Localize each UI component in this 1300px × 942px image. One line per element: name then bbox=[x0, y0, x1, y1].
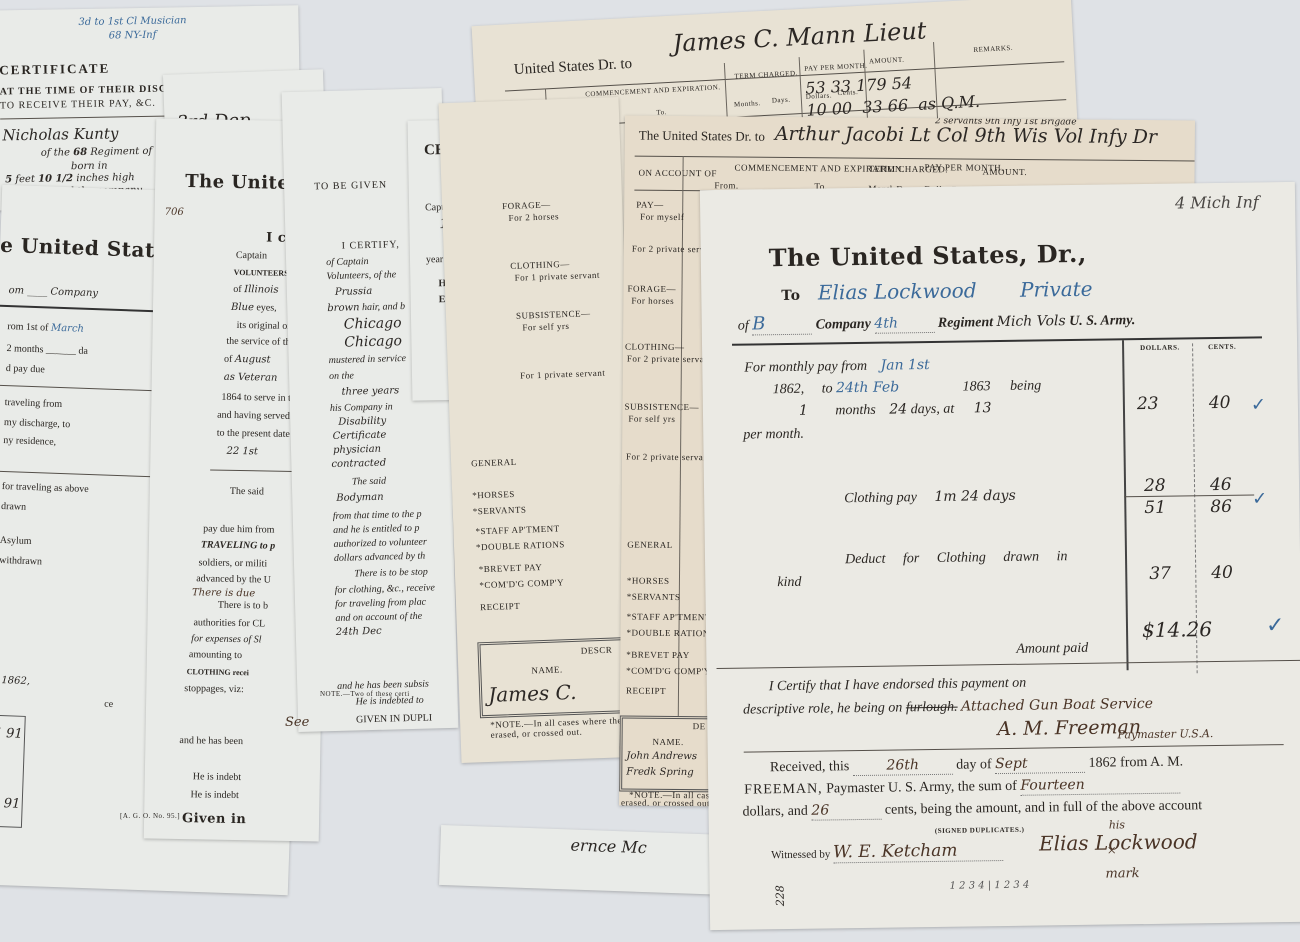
from-am-label: from A. M. bbox=[1120, 754, 1183, 770]
entitled-text: and he is entitled to p bbox=[333, 523, 420, 536]
furlough-struck-text: furlough. bbox=[906, 700, 958, 716]
to-label: To bbox=[781, 288, 800, 304]
traveling-text: TRAVELING to p bbox=[201, 539, 275, 551]
name-handwritten-2: Fredk Spring bbox=[626, 767, 693, 779]
clothing-dollars: 28 bbox=[1144, 476, 1166, 496]
for-myself-label: For myself bbox=[640, 212, 684, 222]
col-dollars: DOLLARS. bbox=[1140, 344, 1180, 353]
subtotal-dollars: 51 bbox=[1144, 498, 1166, 518]
col-remarks: REMARKS. bbox=[973, 44, 1013, 54]
bottom-scrap-sheet: ernce Mc bbox=[439, 825, 731, 895]
amount-paid-value: $14.26 bbox=[1142, 617, 1212, 642]
voucher-header-printed: United States Dr. to bbox=[514, 56, 633, 79]
state-handwritten: Illinois bbox=[244, 284, 279, 296]
date-handwritten: , 1862, bbox=[0, 675, 30, 687]
check-mark-icon: ✓ bbox=[1252, 488, 1267, 509]
servants-label: *SERVANTS bbox=[473, 505, 527, 517]
months-label: months bbox=[835, 403, 876, 419]
forage-for: For horses bbox=[631, 296, 674, 306]
of-label: of bbox=[233, 284, 242, 295]
discharge-to-label: my discharge, to bbox=[4, 417, 71, 430]
captain-label: of Captain bbox=[326, 256, 369, 268]
subsistence-for: For self yrs bbox=[522, 321, 569, 333]
withdrawn-label: withdrawn bbox=[0, 555, 42, 567]
rate-handwritten: 13 bbox=[974, 400, 992, 416]
of-month-label: of bbox=[224, 354, 233, 365]
to-date-handwritten: 24th Feb bbox=[836, 379, 899, 396]
witness-signature: W. E. Ketcham bbox=[833, 841, 958, 863]
given-in-text: GIVEN in dupli bbox=[356, 712, 432, 725]
day-of-label: day of bbox=[956, 757, 992, 772]
traveling-from-label: traveling from bbox=[5, 397, 63, 410]
servants-for: For 2 private servants bbox=[626, 452, 715, 463]
monthly-cents: 40 bbox=[1209, 393, 1231, 413]
kind-label: kind bbox=[777, 575, 801, 591]
double-rations-label: *DOUBLE RATIONS bbox=[476, 539, 565, 552]
col-on-account: ON ACCOUNT OF bbox=[638, 168, 716, 179]
regiment-extra-handwritten: Mich Vols bbox=[996, 313, 1065, 330]
pay-row-1: 53 33 179 54 bbox=[805, 73, 913, 98]
his-label: his bbox=[1109, 818, 1125, 831]
voucher-header-handwritten: James C. Mann Lieut bbox=[672, 16, 927, 57]
pay-due-text: pay due him from bbox=[203, 523, 275, 535]
amount-paid-label: Amount paid bbox=[1016, 641, 1088, 658]
inches-value: 10 1/2 bbox=[38, 173, 73, 185]
forage-label: FORAGE— bbox=[627, 284, 676, 294]
there-is-text: There is to b bbox=[218, 600, 268, 612]
days-label: days, at bbox=[911, 402, 955, 418]
check-mark-icon: ✓ bbox=[1266, 612, 1285, 638]
indebted-text-2: He is indebt bbox=[190, 789, 239, 801]
clothing-cents: 46 bbox=[1210, 475, 1232, 495]
country-handwritten: Prussia bbox=[335, 286, 373, 298]
sum-handwritten: Fourteen bbox=[1020, 777, 1085, 794]
forage-for: For 2 horses bbox=[508, 211, 559, 223]
to-be-given-heading: TO BE GIVEN bbox=[314, 179, 387, 192]
captain-label: Captain bbox=[236, 250, 267, 262]
subtotal-cents: 86 bbox=[1210, 497, 1232, 517]
years-label: year bbox=[426, 254, 443, 265]
given-in-text: Given in bbox=[182, 811, 246, 827]
certify-line-1: I Certify that I have endorsed this paym… bbox=[769, 676, 1027, 696]
corner-pencil-note: 4 Mich Inf bbox=[1175, 192, 1259, 212]
date-handwritten: 24th Dec bbox=[336, 626, 382, 638]
receipt-label: RECEIPT bbox=[626, 686, 666, 696]
attached-service-handwritten: Attached Gun Boat Service bbox=[961, 696, 1153, 715]
clothing-pay-label: Clothing pay bbox=[844, 490, 917, 506]
regiment-label: Regiment of bbox=[90, 146, 152, 158]
amount-box: 7 91 91 bbox=[0, 714, 26, 827]
eyes-handwritten: Blue bbox=[231, 302, 254, 313]
descriptive-name-box: DESCR NAME. James C. bbox=[477, 637, 641, 719]
regiment-handwritten: 4th bbox=[874, 315, 898, 331]
term-handwritten: three years bbox=[341, 385, 399, 398]
received-month-handwritten: Sept bbox=[995, 756, 1028, 772]
clothing-for: For 1 private servant bbox=[514, 270, 600, 283]
servants-label: *SERVANTS bbox=[627, 592, 681, 602]
the-said-label: The said bbox=[352, 476, 386, 488]
dollars-and-label: dollars, and bbox=[742, 804, 808, 820]
col-months: Months. bbox=[734, 99, 761, 108]
pencil-note-regiment: 68 NY-Inf bbox=[109, 30, 157, 42]
certify-line-2: descriptive role, he being on bbox=[743, 700, 902, 717]
feet-label: feet bbox=[15, 174, 35, 185]
name-handwritten: Bodyman bbox=[336, 492, 384, 504]
received-day-handwritten: 26th bbox=[886, 757, 919, 773]
days-handwritten: 24 bbox=[889, 401, 907, 417]
mark-label: mark bbox=[1105, 866, 1139, 881]
forage-label: FORAGE— bbox=[502, 199, 551, 211]
city-handwritten-1: Chicago bbox=[344, 315, 402, 333]
his-mark-x-icon: × bbox=[1107, 842, 1116, 860]
company-regiment-line: of B Company 4th Regiment Mich Vols U. S… bbox=[738, 308, 1136, 336]
deduct-dollars: 37 bbox=[1149, 564, 1171, 584]
form-number: [A. G. O. No. 95.] bbox=[120, 812, 180, 820]
certificate-subtitle-1: AT THE TIME OF THEIR DISCHA bbox=[0, 83, 184, 97]
voucher-header-printed: The United States Dr. to bbox=[639, 128, 765, 145]
clothing-text: CLOTHING recei bbox=[187, 667, 249, 677]
soldier-signature: Elias Lockwood bbox=[1039, 829, 1198, 855]
year-text: 1864 to serve in t bbox=[221, 392, 291, 404]
expenses-text: for expenses of Sl bbox=[191, 633, 261, 645]
receipt-label: RECEIPT bbox=[480, 601, 520, 612]
company-line: om ____ Company bbox=[8, 285, 98, 299]
authorized-text: authorized to volunteer bbox=[333, 537, 427, 550]
months-handwritten: 1 bbox=[799, 403, 808, 419]
residence-label: ny residence, bbox=[3, 435, 56, 448]
physician-handwritten: physician bbox=[333, 444, 381, 456]
freeman-label: FREEMAN, bbox=[744, 782, 823, 798]
pencil-note: 3d to 1st Cl Musician bbox=[78, 15, 186, 28]
signed-duplicates-label: (SIGNED DUPLICATES.) bbox=[935, 826, 1025, 835]
of-the-label: of the bbox=[41, 147, 70, 159]
city-handwritten-2: Chicago bbox=[344, 333, 402, 351]
certificate-subtitle-2: TO RECEIVE THEIR PAY, &c. bbox=[0, 98, 156, 112]
company-handwritten: B bbox=[752, 313, 766, 334]
col-days: Days. bbox=[772, 96, 791, 105]
veteran-handwritten: as Veteran bbox=[224, 372, 278, 384]
united-states-heading: e United State bbox=[0, 233, 168, 263]
received-label: Received, this bbox=[770, 759, 850, 775]
staff-label: *STAFF AP'TMENT bbox=[475, 523, 559, 536]
col-amount: AMOUNT. bbox=[869, 56, 905, 66]
brevet-label: *BREVET PAY bbox=[626, 650, 690, 661]
months-line: 2 months ______ da bbox=[6, 343, 88, 357]
from-label: rom 1st of bbox=[7, 321, 48, 333]
regiment-number: 68 bbox=[73, 147, 87, 158]
cents-handwritten: 26 bbox=[811, 802, 829, 818]
monthly-dollars: 23 bbox=[1137, 394, 1159, 414]
feet-value: 5 bbox=[5, 174, 12, 185]
check-mark-icon: ✓ bbox=[1251, 394, 1266, 415]
hair-label: hair, and b bbox=[362, 301, 405, 313]
subsisted-text: and he has been bbox=[179, 735, 243, 747]
stoppages-text: There is to be stop bbox=[354, 567, 428, 580]
contracted-handwritten: contracted bbox=[331, 458, 386, 470]
james-mann-form-strip: FORAGE— For 2 horses CLOTHING— For 1 pri… bbox=[439, 97, 642, 763]
clothing-label: CLOTHING— bbox=[625, 342, 685, 353]
certificate-title: CERTIFICATE bbox=[0, 61, 110, 79]
clothing-label: CLOTHING— bbox=[510, 259, 570, 271]
descriptive-label: DESCR bbox=[581, 645, 613, 656]
name-label: NAME. bbox=[531, 664, 563, 675]
the-said-label: The said bbox=[230, 486, 264, 498]
witnessed-by-label: Witnessed by bbox=[771, 848, 830, 861]
soldier-name-handwritten: Nicholas Kunty bbox=[2, 124, 118, 144]
per-month-label: per month. bbox=[743, 427, 804, 444]
advanced-text: advanced by the U bbox=[196, 573, 271, 585]
from-date-handwritten: Jan 1st bbox=[880, 357, 929, 374]
note-text-2: erased, or crossed out. bbox=[621, 798, 713, 809]
comd-label: *COM'D'G COMP'Y bbox=[626, 666, 711, 677]
mustered-text: mustered in service bbox=[329, 353, 407, 366]
name-handwritten: James C. bbox=[488, 680, 577, 707]
margin-number: 228 bbox=[774, 885, 787, 906]
month-handwritten: August bbox=[235, 354, 271, 366]
from-month-handwritten: March bbox=[51, 323, 84, 335]
from-that-time-text: from that time to the p bbox=[333, 509, 422, 522]
deduct-label: Deduct for Clothing drawn in bbox=[845, 549, 1068, 568]
brevet-label: *BREVET PAY bbox=[479, 562, 543, 574]
elias-lockwood-voucher-sheet: 4 Mich Inf The United States, Dr., To El… bbox=[700, 182, 1300, 930]
descriptive-label: DE bbox=[693, 721, 706, 731]
to-label-2: to bbox=[822, 381, 833, 396]
received-year: 1862 bbox=[1089, 755, 1117, 770]
name-label: NAME. bbox=[653, 737, 684, 747]
present-date-text: to the present date bbox=[217, 428, 290, 440]
general-label: GENERAL bbox=[471, 457, 517, 469]
general-label: GENERAL bbox=[627, 540, 673, 550]
clothing-text: for clothing, &c., receive bbox=[335, 582, 435, 596]
descriptive-name-box: DE NAME. John Andrews Fredk Spring bbox=[619, 716, 716, 793]
amounting-text: amounting to bbox=[189, 649, 242, 661]
subsistence-label: SUBSISTENCE— bbox=[516, 308, 591, 321]
asylum-label: Asylum bbox=[0, 535, 32, 547]
year-1: 1862 bbox=[773, 382, 801, 397]
certificate-handwritten: Certificate bbox=[333, 430, 387, 442]
disability-handwritten: Disability bbox=[338, 416, 386, 428]
traveling-as-above-label: for traveling as above bbox=[2, 481, 89, 495]
volunteers-label: Volunteers, of the bbox=[326, 269, 396, 282]
voucher-title: The United States, Dr., bbox=[769, 239, 1087, 272]
scrap-handwritten: ernce Mc bbox=[570, 835, 647, 857]
tally-marks: 1 2 3 4 | 1 2 3 4 bbox=[950, 880, 1030, 892]
horses-label: *HORSES bbox=[472, 489, 515, 500]
indebted-text-1: He is indebt bbox=[193, 771, 242, 783]
eyes-label: eyes, bbox=[256, 302, 276, 313]
deduct-cents: 40 bbox=[1211, 563, 1233, 583]
drawn-label: drawn bbox=[1, 501, 26, 513]
rank-handwritten: Private bbox=[1020, 277, 1093, 302]
servant-for: For 1 private servant bbox=[520, 368, 606, 381]
staff-label: *STAFF AP'TMENT bbox=[627, 612, 711, 623]
note-text: NOTE.—Two of these certi bbox=[320, 690, 410, 698]
inches-label: inches high bbox=[76, 172, 135, 184]
name-handwritten-1: John Andrews bbox=[626, 751, 697, 763]
date-handwritten: 22 1st bbox=[226, 446, 258, 458]
subsistence-for: For self yrs bbox=[628, 414, 675, 424]
authorities-text: authorities for CL bbox=[193, 617, 265, 629]
dollars-advanced-text: dollars advanced by th bbox=[334, 551, 426, 564]
his-company-text: his Company in bbox=[330, 401, 393, 414]
pay-due-label: d pay due bbox=[6, 363, 45, 375]
subsistence-label: SUBSISTENCE— bbox=[624, 402, 699, 413]
comd-label: *COM'D'G COMP'Y bbox=[479, 577, 564, 590]
there-is-due-handwritten: There is due bbox=[192, 587, 255, 599]
soldier-name-handwritten: Elias Lockwood bbox=[818, 278, 977, 304]
being-label: being bbox=[1010, 378, 1041, 393]
voucher-header-handwritten: Arthur Jacobi Lt Col 9th Wis Vol Infy Dr bbox=[775, 123, 1157, 148]
paymaster-title-handwritten: Paymaster U.S.A. bbox=[1117, 727, 1213, 741]
born-in-label: born in bbox=[71, 161, 108, 173]
col-term: TERM CHARGED. bbox=[734, 69, 798, 80]
see-handwritten: See bbox=[285, 715, 309, 730]
col-amount: AMOUNT. bbox=[983, 167, 1028, 177]
monthly-pay-label: For monthly pay from bbox=[744, 359, 867, 376]
service-text: the service of the bbox=[226, 336, 295, 348]
col-cents: CENTS. bbox=[1208, 343, 1236, 351]
on-the-text: on the bbox=[329, 370, 354, 382]
hair-handwritten: brown bbox=[327, 302, 359, 314]
double-rations-label: *DOUBLE RATIONS bbox=[626, 628, 715, 639]
pay-label: PAY— bbox=[636, 200, 663, 210]
i-certify-label: I CERTIFY, bbox=[342, 239, 400, 252]
sheet-number: 706 bbox=[165, 207, 184, 218]
paymaster-line: Paymaster U. S. Army, the sum of bbox=[826, 779, 1017, 797]
year-2: 1863 bbox=[963, 379, 991, 394]
cents-line: cents, being the amount, and in full of … bbox=[885, 798, 1202, 817]
ce-label: ce bbox=[104, 699, 113, 710]
clothing-period-handwritten: 1m 24 days bbox=[934, 488, 1016, 505]
horses-label: *HORSES bbox=[627, 576, 670, 586]
traveling-text: for traveling from plac bbox=[335, 597, 426, 610]
account-text: and on account of the bbox=[335, 611, 422, 624]
soldiers-text: soldiers, or militi bbox=[198, 557, 267, 569]
having-served-text: and having served bbox=[217, 410, 290, 422]
note-text-2: erased, or crossed out. bbox=[490, 727, 582, 740]
stoppages-text: stoppages, viz: bbox=[184, 683, 244, 695]
